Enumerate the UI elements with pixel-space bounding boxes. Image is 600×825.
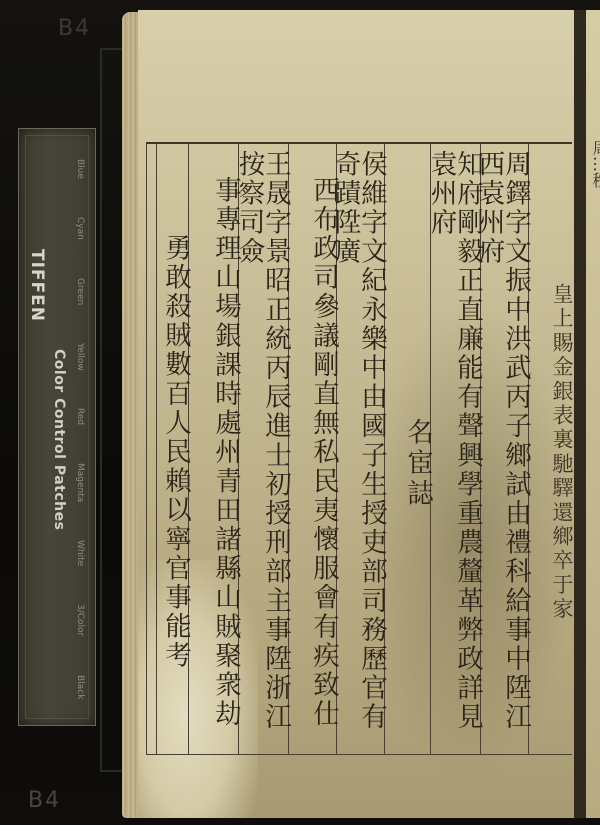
text-column: 西布政司參議剛直無私民夷懷服會有疾致仕 xyxy=(288,144,336,754)
patch-label: Green xyxy=(75,278,85,305)
facing-page xyxy=(586,10,600,818)
patch-label: 3/Color xyxy=(75,604,85,636)
text-column: 事專理山場銀課時處州青田諸縣山賊聚衆劫 xyxy=(188,144,238,754)
text-column: 王晟字景昭正統丙辰進士初授刑部主事陞浙江按察司僉 xyxy=(238,144,288,754)
book-gutter xyxy=(574,10,586,818)
section-heading: 名宦誌 xyxy=(384,144,430,754)
text-column: 勇敢殺賊數百人民賴以寧官事能考 xyxy=(156,144,188,754)
patch-label: Red xyxy=(75,408,85,425)
text-column: 周鐸字文振中洪武丙子鄉試由禮科給事中陞江西袁州府 xyxy=(480,144,528,754)
reference-mark-top: B4 xyxy=(58,16,91,41)
reference-mark-bottom: B4 xyxy=(28,788,61,813)
text-columns: 皇上賜金銀表裏馳驛還鄉卒于家 周鐸字文振中洪武丙子鄉試由禮科給事中陞江西袁州府 … xyxy=(146,144,572,754)
patch-label: White xyxy=(75,540,85,566)
color-control-strip: TIFFEN Color Control Patches Blue Cyan G… xyxy=(18,128,96,726)
patch-label: Magenta xyxy=(75,463,85,502)
patch-label: Yellow xyxy=(75,343,85,371)
margin-column xyxy=(146,144,156,754)
text-column: 知府剛毅正直廉能有聲興學重農釐革弊政詳見袁州府 xyxy=(430,144,480,754)
patch-label: Black xyxy=(75,675,85,699)
text-frame: 皇上賜金銀表裏馳驛還鄉卒于家 周鐸字文振中洪武丙子鄉試由禮科給事中陞江西袁州府 … xyxy=(146,142,572,755)
strip-brand: TIFFEN xyxy=(27,249,47,322)
text-column: 侯維字文紀永樂中由國子生授吏部司務歷官有奇蹟陞廣 xyxy=(336,144,384,754)
text-column: 皇上賜金銀表裏馳驛還鄉卒于家 xyxy=(528,144,572,754)
facing-page-text: 周…秩 xyxy=(588,140,600,188)
patch-label: Cyan xyxy=(75,217,85,240)
strip-patch-labels: Blue Cyan Green Yellow Red Magenta White… xyxy=(75,159,85,699)
patch-label: Blue xyxy=(75,159,85,179)
strip-title: Color Control Patches xyxy=(51,349,67,530)
